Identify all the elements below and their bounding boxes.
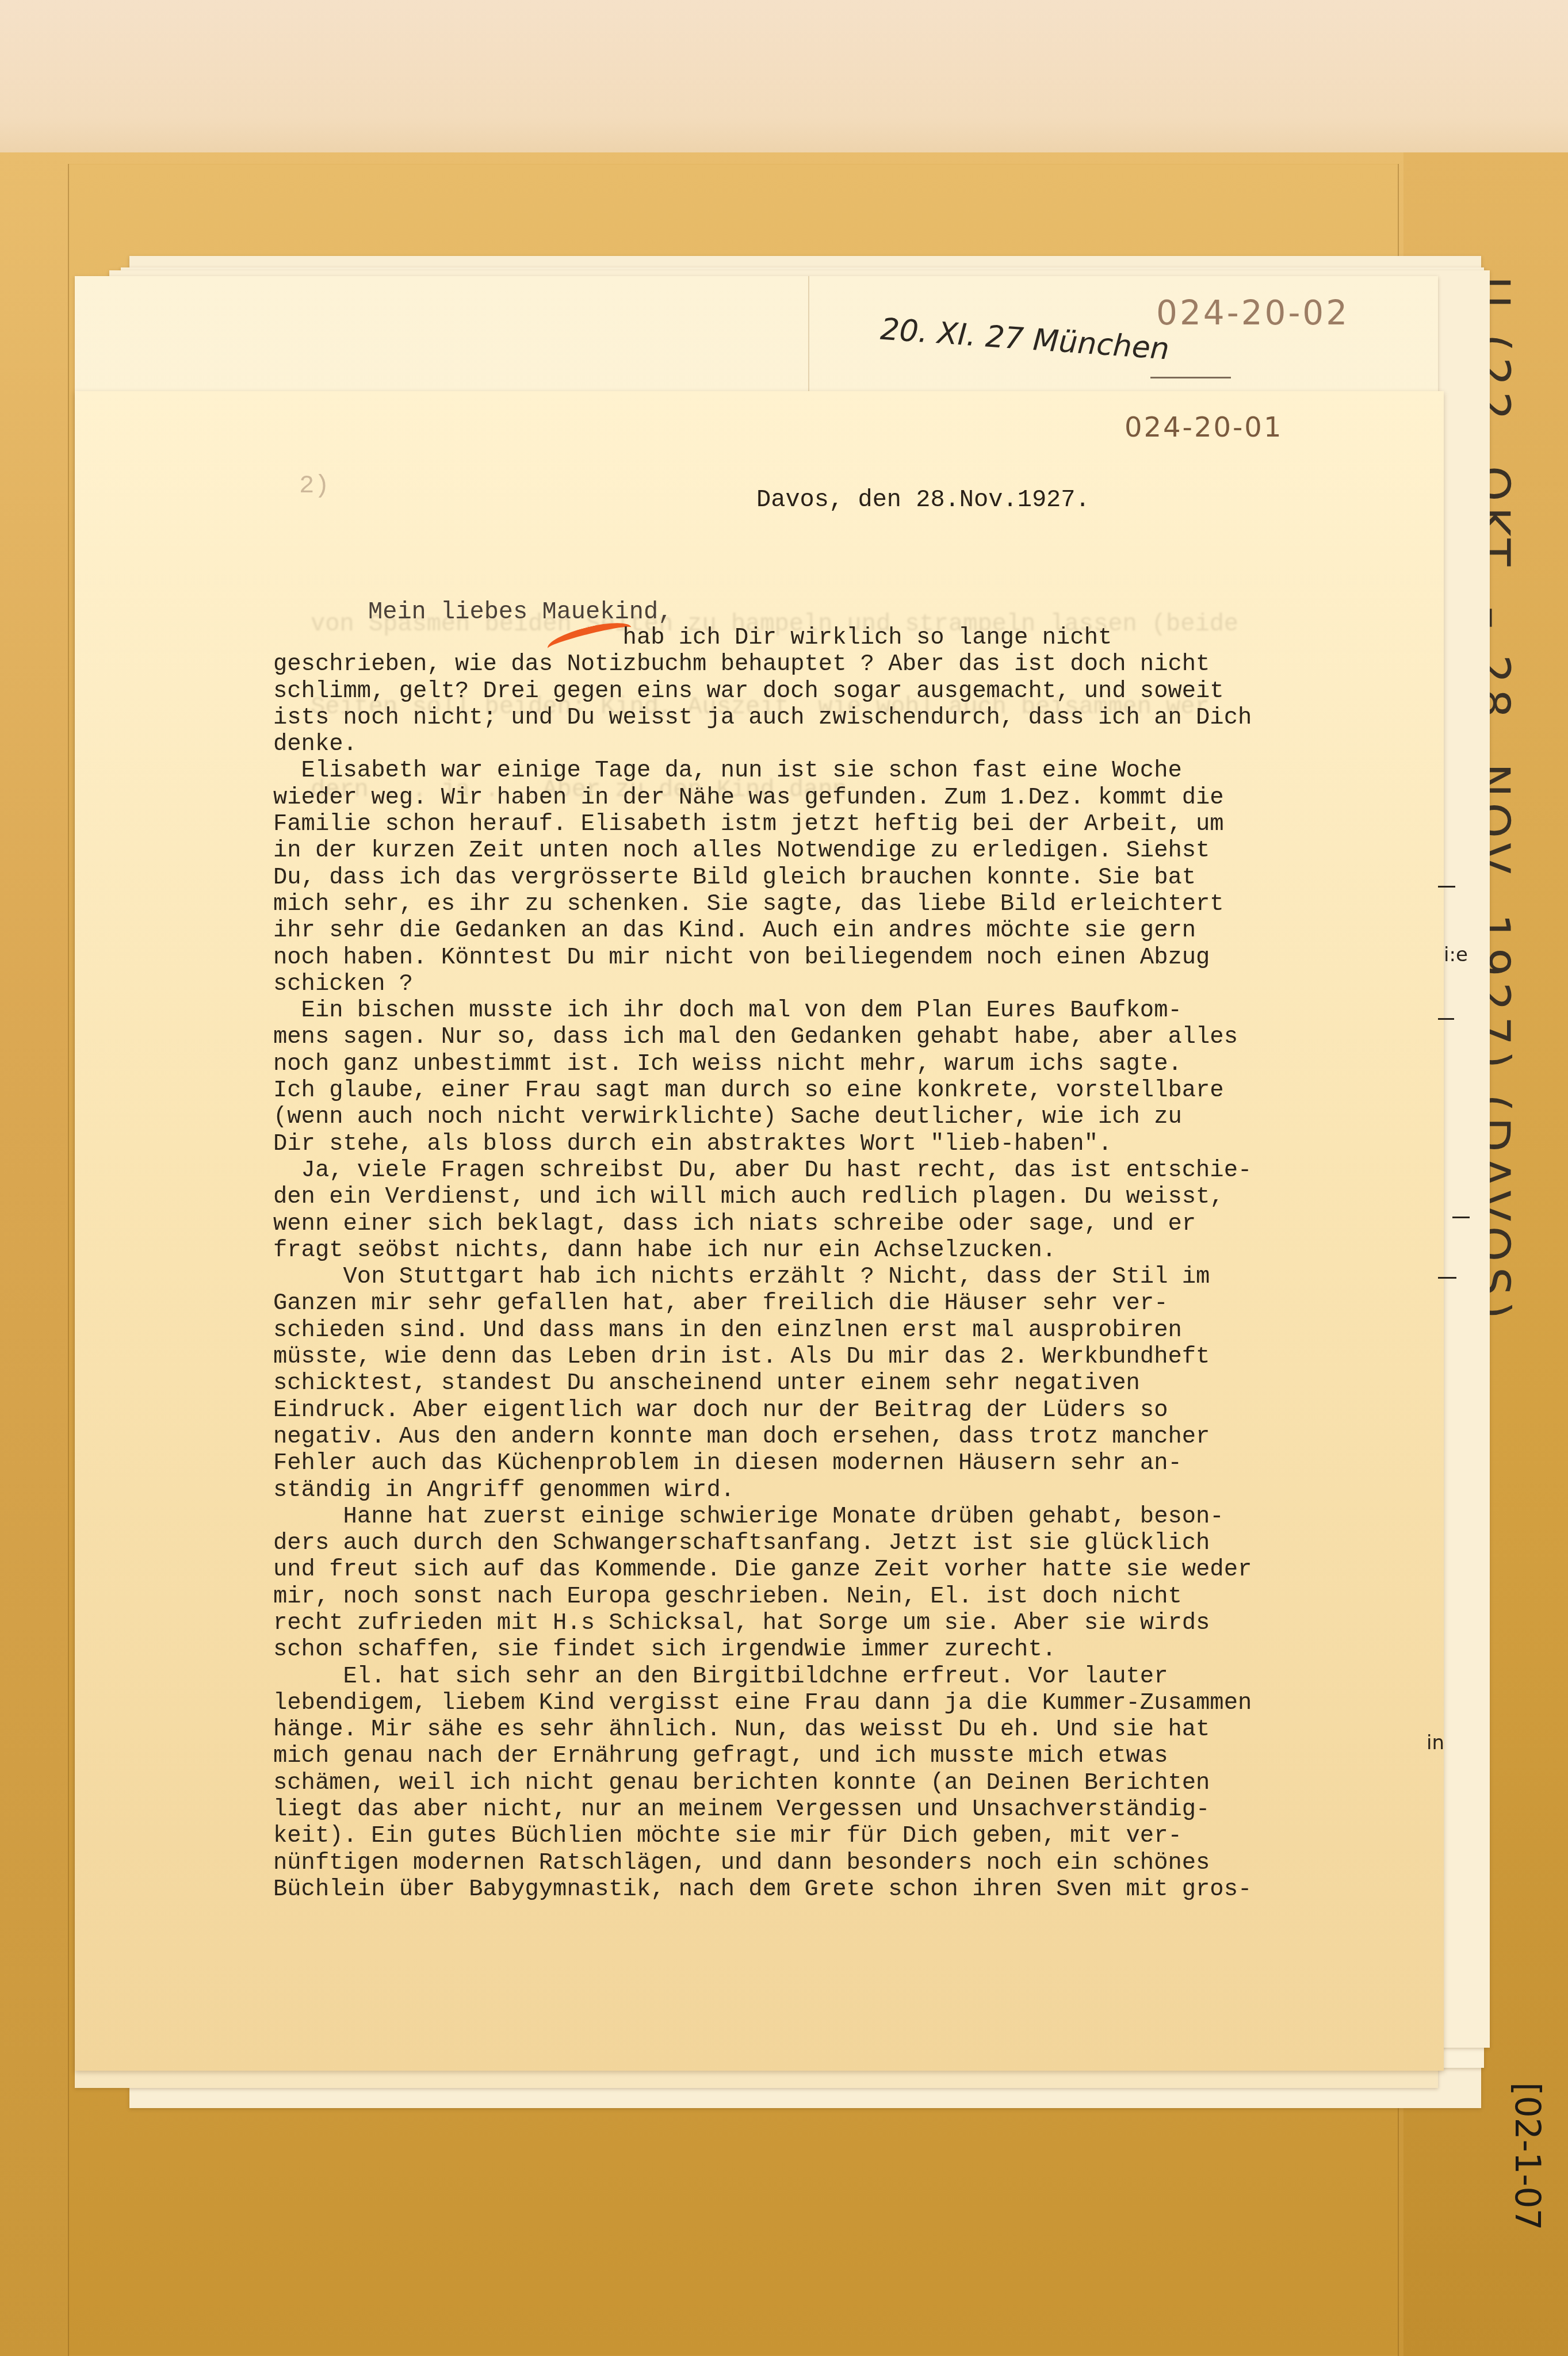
letter-line: schicken ? <box>273 971 1424 997</box>
letter-line: liegt das aber nicht, nur an meinem Verg… <box>273 1796 1424 1823</box>
letter-line: müsste, wie denn das Leben drin ist. Als… <box>273 1344 1424 1370</box>
margin-annotation: in <box>1427 1731 1444 1754</box>
letter-body: hab ich Dir wirklich so lange nichtgesch… <box>273 625 1424 1903</box>
letter-line: negativ. Aus den andern konnte man doch … <box>273 1424 1424 1450</box>
letter-line: Ein bischen musste ich ihr doch mal von … <box>273 997 1424 1024</box>
archive-code-top: 024-20-02 <box>1156 293 1349 332</box>
letter-line: ders auch durch den Schwangerschaftsanfa… <box>273 1530 1424 1556</box>
letter-line: (wenn auch noch nicht verwirklichte) Sac… <box>273 1104 1424 1130</box>
letter-line: noch haben. Könntest Du mir nicht von be… <box>273 944 1424 971</box>
letter-line: El. hat sich sehr an den Birgitbildchne … <box>273 1663 1424 1690</box>
letter-line: Ich glaube, einer Frau sagt man durch so… <box>273 1077 1424 1104</box>
letter-line: Ja, viele Fragen schreibst Du, aber Du h… <box>273 1157 1424 1184</box>
margin-annotation: i:e <box>1444 943 1468 966</box>
letter-line: Hanne hat zuerst einige schwierige Monat… <box>273 1504 1424 1530</box>
letter-line: wieder weg. Wir haben in der Nähe was ge… <box>273 785 1424 811</box>
letter-line: Du, dass ich das vergrösserte Bild gleic… <box>273 865 1424 891</box>
letter-line: keit). Ein gutes Büchlien möchte sie mir… <box>273 1823 1424 1849</box>
letter-line: Büchlein über Babygymnastik, nach dem Gr… <box>273 1876 1424 1903</box>
letter-line: schlimm, gelt? Drei gegen eins war doch … <box>273 678 1424 705</box>
letter-line: mich sehr, es ihr zu schenken. Sie sagte… <box>273 891 1424 917</box>
letter-dateline: Davos, den 28.Nov.1927. <box>756 486 1090 514</box>
margin-tick-mark <box>1438 886 1455 888</box>
letter-line: Von Stuttgart hab ich nichts erzählt ? N… <box>273 1264 1424 1290</box>
letter-line: schicktest, standest Du anscheinend unte… <box>273 1370 1424 1397</box>
letter-line: in der kurzen Zeit unten noch alles Notw… <box>273 837 1424 864</box>
letter-line: Elisabeth war einige Tage da, nun ist si… <box>273 758 1424 784</box>
letter-line: Fehler auch das Küchenproblem in diesen … <box>273 1450 1424 1477</box>
margin-tick-mark <box>1438 1018 1454 1020</box>
spine-label-bottom: [02-1-07 <box>1507 2082 1547 2231</box>
letter-line: noch ganz unbestimmt ist. Ich weiss nich… <box>273 1051 1424 1077</box>
letter-line: mens sagen. Nur so, dass ich mal den Ged… <box>273 1024 1424 1050</box>
letter-line: Ganzen mir sehr gefallen hat, aber freil… <box>273 1290 1424 1317</box>
letter-line: und freut sich auf das Kommende. Die gan… <box>273 1556 1424 1583</box>
letter-line: geschrieben, wie das Notizbuchm behaupte… <box>273 651 1424 678</box>
letter-line: mir, noch sonst nach Europa geschrieben.… <box>273 1584 1424 1610</box>
letter-line: lebendigem, liebem Kind vergisst eine Fr… <box>273 1690 1424 1716</box>
letter-line: Dir stehe, als bloss durch ein abstrakte… <box>273 1131 1424 1157</box>
letter-line: nünftigen modernen Ratschlägen, und dann… <box>273 1850 1424 1876</box>
letter-line: recht zufrieden mit H.s Schicksal, hat S… <box>273 1610 1424 1636</box>
letter-line: Familie schon herauf. Elisabeth istm jet… <box>273 811 1424 837</box>
page-marker: 2) <box>299 472 330 500</box>
letter-line: fragt seöbst nichts, dann habe ich nur e… <box>273 1237 1424 1264</box>
letter-line: schämen, weil ich nicht genau berichten … <box>273 1770 1424 1796</box>
letter-salutation: Mein liebes Mauekind, <box>368 598 672 626</box>
margin-tick-mark <box>1452 1217 1470 1218</box>
handwritten-underline <box>1150 377 1231 378</box>
letter-line: schieden sind. Und dass mans in den einz… <box>273 1317 1424 1344</box>
letter-line: ists noch nicht; und Du weisst ja auch z… <box>273 705 1424 731</box>
letter-line: mich genau nach der Ernährung gefragt, u… <box>273 1743 1424 1769</box>
letter-line: ihr sehr die Gedanken an das Kind. Auch … <box>273 917 1424 944</box>
archive-code-front: 024-20-01 <box>1125 411 1283 443</box>
letter-line: wenn einer sich beklagt, dass ich niats … <box>273 1211 1424 1237</box>
letter-line: schon schaffen, sie findet sich irgendwi… <box>273 1636 1424 1663</box>
letter-line: den ein Verdienst, und ich will mich auc… <box>273 1184 1424 1210</box>
margin-tick-mark <box>1438 1277 1456 1279</box>
letter-line: denke. <box>273 731 1424 758</box>
letter-line: Eindruck. Aber eigentlich war doch nur d… <box>273 1397 1424 1424</box>
letter-line: hab ich Dir wirklich so lange nicht <box>273 625 1424 651</box>
letter-line: ständig in Angriff genommen wird. <box>273 1477 1424 1504</box>
letter-line: hänge. Mir sähe es sehr ähnlich. Nun, da… <box>273 1716 1424 1743</box>
table-surface <box>0 0 1568 167</box>
